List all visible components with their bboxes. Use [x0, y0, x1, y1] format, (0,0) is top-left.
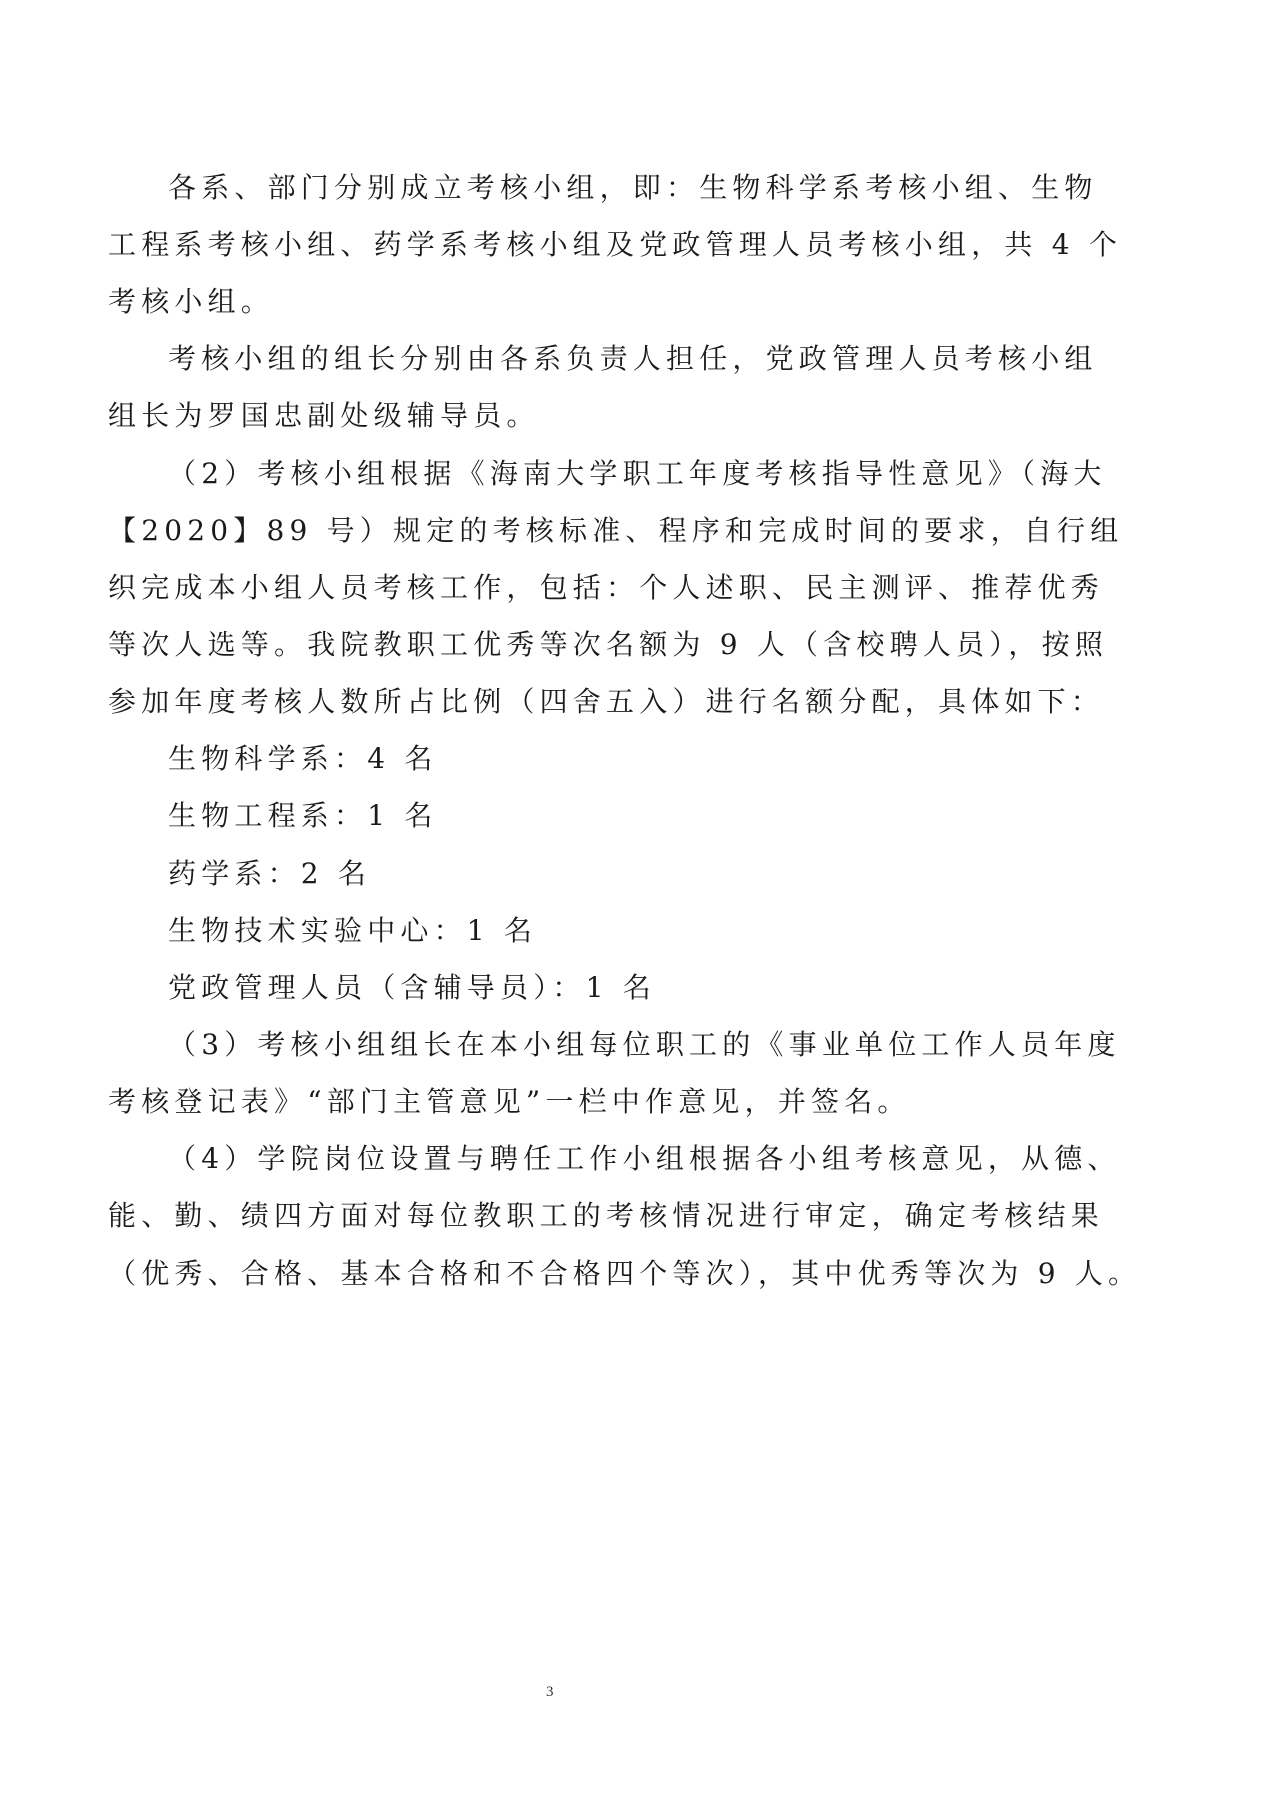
page-number: 3	[546, 1684, 554, 1701]
paragraph-item-3-line-2: 考核登记表》“部门主管意见”一栏中作意见，并签名。	[108, 1082, 911, 1122]
quota-pharmacy: 药学系：2 名	[168, 854, 371, 894]
paragraph-leaders-line-1: 考核小组的组长分别由各系负责人担任，党政管理人员考核小组	[168, 339, 1098, 379]
paragraph-groups-line-3: 考核小组。	[108, 282, 274, 322]
paragraph-item-2-line-3: 织完成本小组人员考核工作，包括：个人述职、民主测评、推荐优秀	[108, 568, 1104, 608]
quota-biological-science: 生物科学系：4 名	[168, 739, 438, 779]
paragraph-leaders-line-2: 组长为罗国忠副处级辅导员。	[108, 396, 540, 436]
quota-bioengineering: 生物工程系：1 名	[168, 796, 438, 836]
quota-party-admin-staff: 党政管理人员（含辅导员）：1 名	[168, 968, 656, 1008]
paragraph-item-4-line-3: （优秀、合格、基本合格和不合格四个等次），其中优秀等次为 9 人。	[108, 1254, 1141, 1294]
paragraph-item-2-line-4: 等次人选等。我院教职工优秀等次名额为 9 人（含校聘人员），按照	[108, 625, 1108, 665]
paragraph-item-2-line-1: （2）考核小组根据《海南大学职工年度考核指导性意见》（海大	[168, 454, 1107, 494]
paragraph-item-2-line-2: 【2020】89 号）规定的考核标准、程序和完成时间的要求，自行组	[108, 511, 1123, 551]
paragraph-item-4-line-1: （4）学院岗位设置与聘任工作小组根据各小组考核意见，从德、	[168, 1139, 1121, 1179]
paragraph-item-4-line-2: 能、勤、绩四方面对每位教职工的考核情况进行审定，确定考核结果	[108, 1196, 1104, 1236]
paragraph-item-2-line-5: 参加年度考核人数所占比例（四舍五入）进行名额分配，具体如下：	[108, 682, 1104, 722]
paragraph-groups-line-1: 各系、部门分别成立考核小组，即：生物科学系考核小组、生物	[168, 168, 1098, 208]
quota-biotech-lab-center: 生物技术实验中心：1 名	[168, 911, 537, 951]
paragraph-item-3-line-1: （3）考核小组组长在本小组每位职工的《事业单位工作人员年度	[168, 1025, 1121, 1065]
paragraph-groups-line-2: 工程系考核小组、药学系考核小组及党政管理人员考核小组，共 4 个	[108, 225, 1122, 265]
